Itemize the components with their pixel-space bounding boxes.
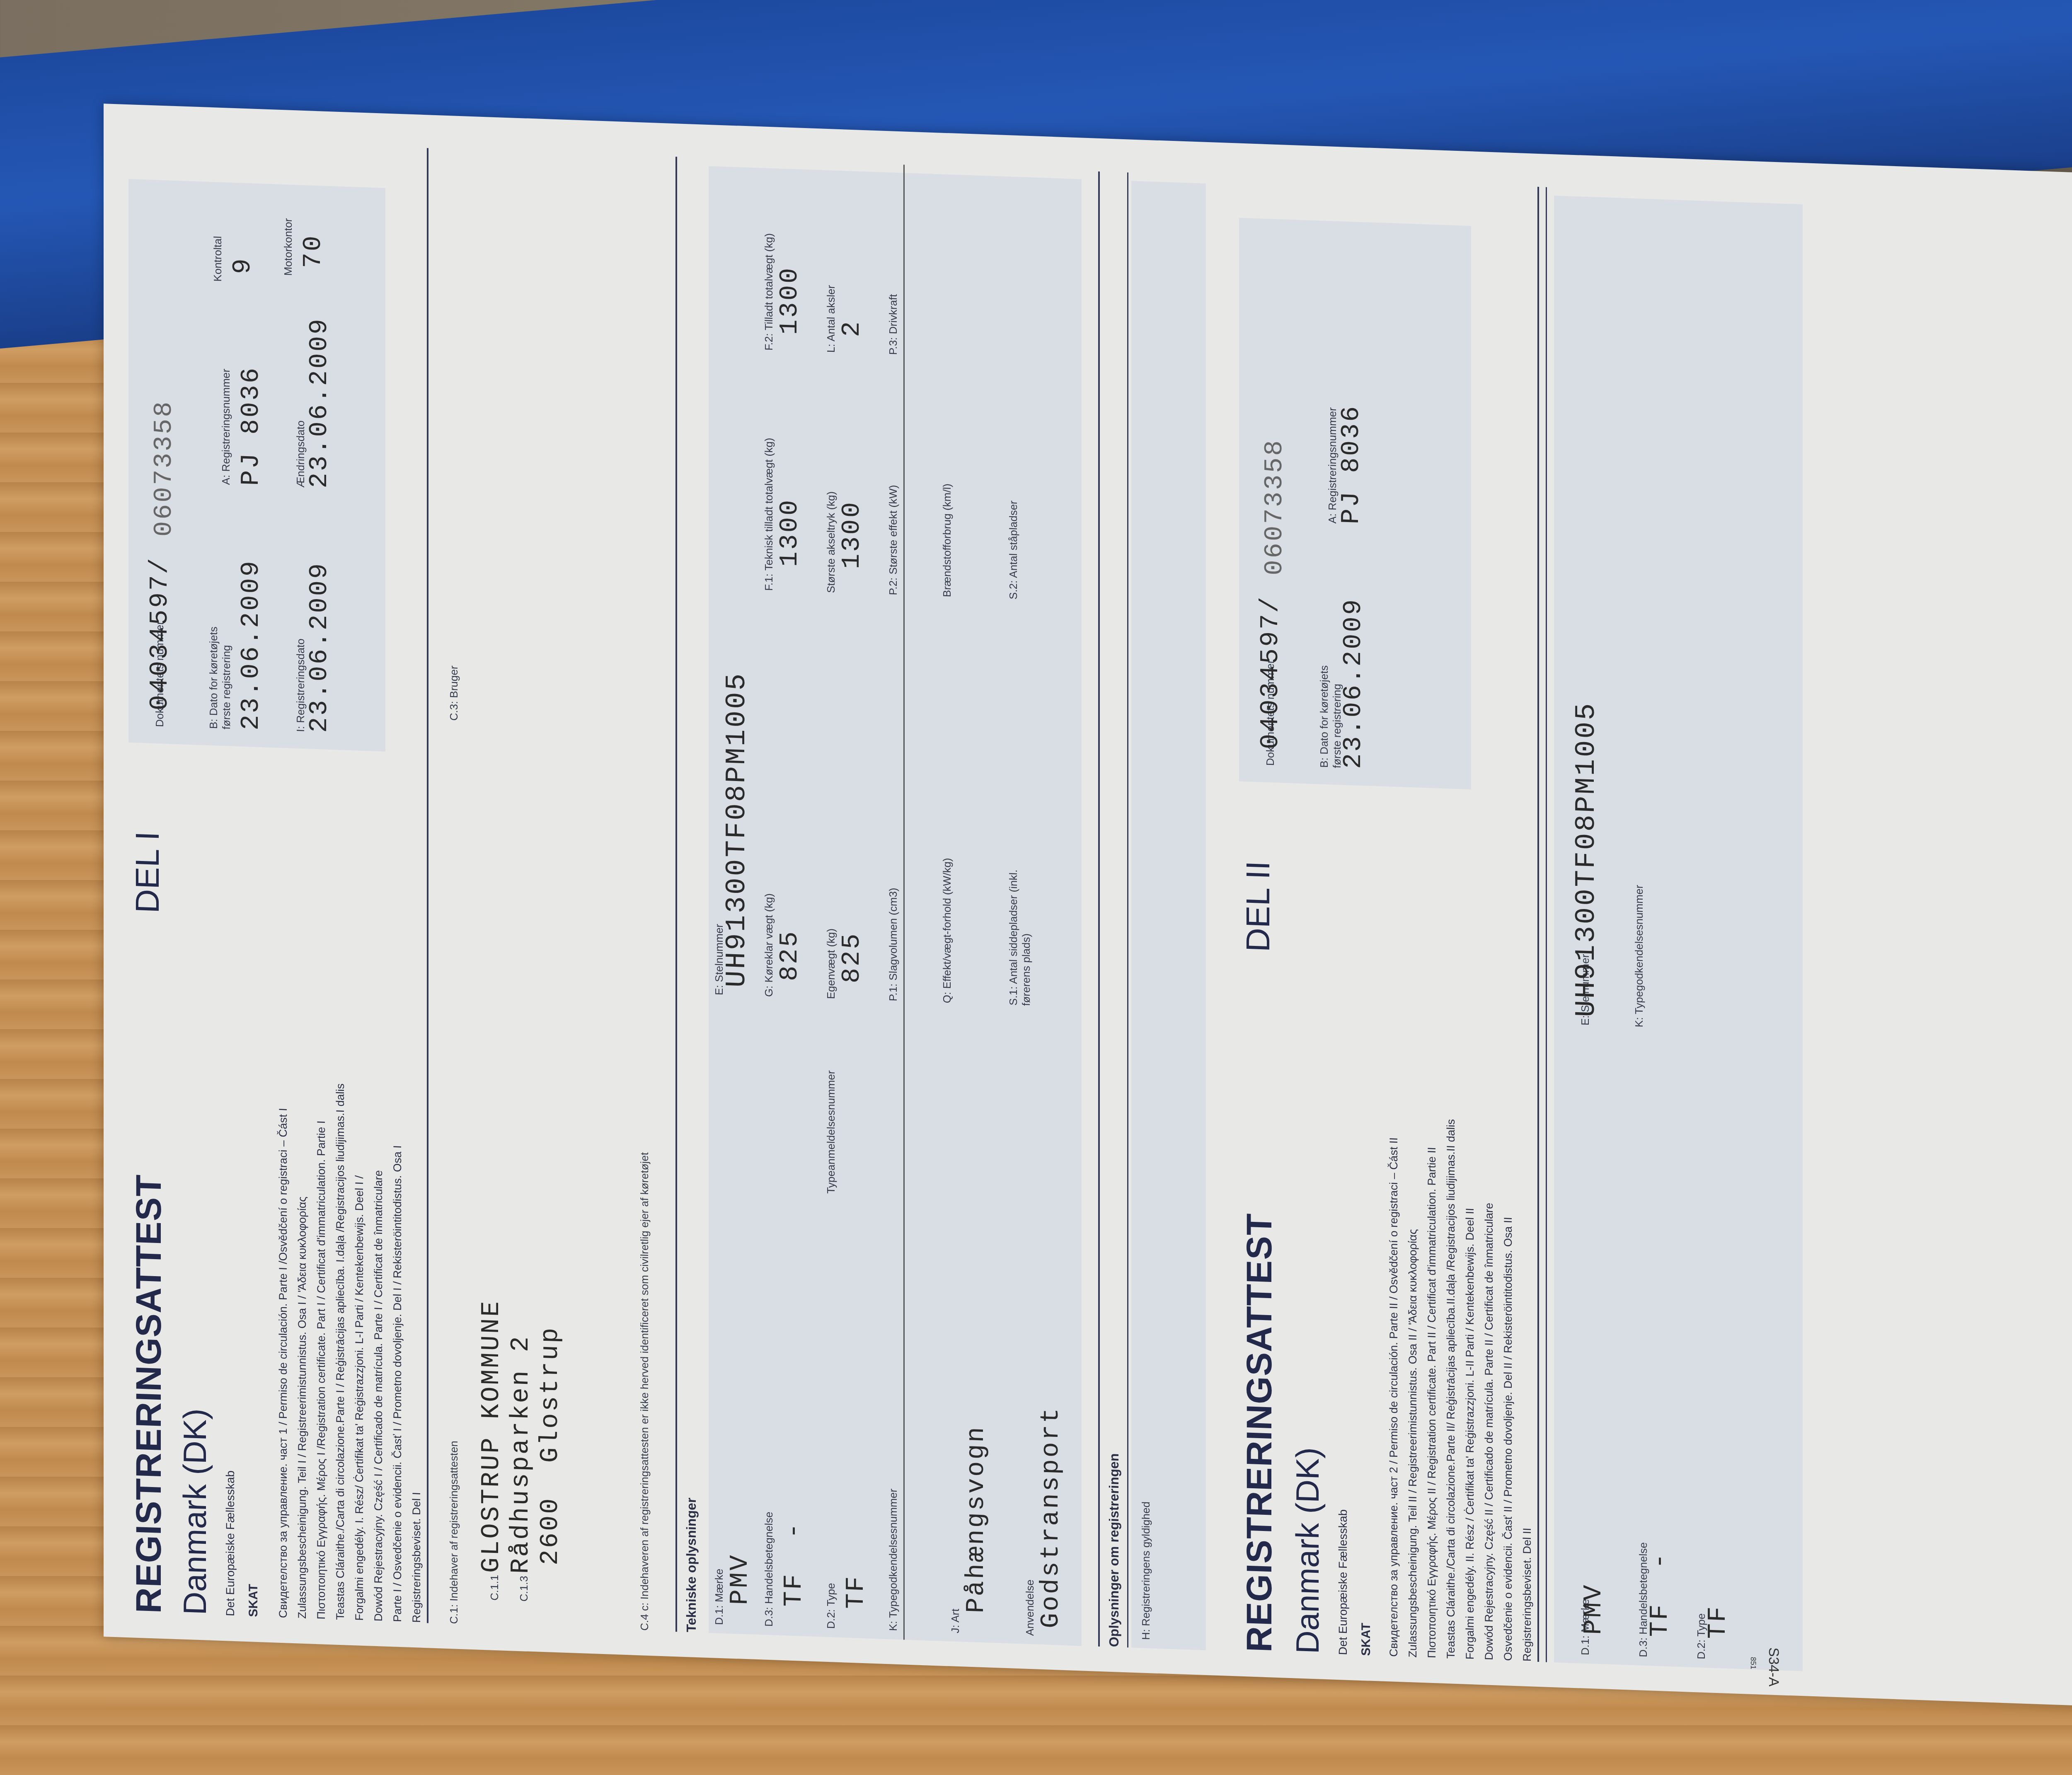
reg-shaded-box <box>1131 181 1206 1650</box>
del2-d3-value: TF - <box>1645 1551 1675 1638</box>
aksel-value: 1300 <box>837 500 867 569</box>
del2-e-value: UH91300TF08PM1005 <box>1571 701 1602 1018</box>
anv-label: Anvendelse <box>1024 1579 1036 1636</box>
del1-motorkontor: 70 <box>298 234 328 269</box>
print-code: 851 <box>1749 1657 1757 1670</box>
j-value: Påhængsvogn <box>961 1425 991 1614</box>
del1-motorkontor-label: Motorkontor <box>282 218 295 276</box>
reg-title: Oplysninger om registreringen <box>1106 1453 1122 1647</box>
del2-part: DEL II <box>1239 860 1277 953</box>
owner-block: C.1.1 GLOSTRUP KOMMUNE C.1.3 Rådhusparke… <box>477 1299 565 1603</box>
del2-d2-value: TF <box>1703 1604 1733 1640</box>
f1-value: 1300 <box>775 498 804 567</box>
del2-doc-number-2: 06073358 <box>1260 438 1289 576</box>
del1-divider-4 <box>1127 172 1128 1647</box>
del2-d1-value: PMV <box>1579 1583 1608 1635</box>
p1-label: P.1: Slagvolumen (cm3) <box>887 888 900 1001</box>
tech-title: Tekniske oplysninger <box>684 1497 699 1632</box>
c11-value: GLOSTRUP KOMMUNE <box>477 1299 506 1574</box>
del1-country: Danmark (DK) <box>176 1408 214 1616</box>
p2-label: P.2: Største effekt (kW) <box>887 485 900 595</box>
d3-label: D.3: Handelsbetegnelse <box>762 1511 775 1627</box>
d2-label: D.2: Type <box>825 1583 838 1629</box>
j-label: J: Art <box>949 1608 962 1633</box>
del1-a-label: A: Registreringsnummer <box>220 368 232 485</box>
del2-a-value: PJ 8036 <box>1336 404 1366 525</box>
paper-sheet: REGISTRERINGSATTEST DEL I Danmark (DK) D… <box>104 104 2072 1707</box>
e-value: UH91300TF08PM1005 <box>721 671 753 988</box>
del1-b-value: 23.06.2009 <box>236 559 266 731</box>
del2-country: Danmark (DK) <box>1289 1446 1326 1654</box>
del1-divider-1 <box>427 148 428 1623</box>
del1-community: Det Europæiske Fællesskab <box>224 1470 237 1616</box>
fuel-label: Brændstofforbrug (km/l) <box>941 483 954 597</box>
del1-doc-number: 04034597/ <box>145 556 174 711</box>
tech-divider <box>903 164 905 1640</box>
del1-divider-3 <box>1098 172 1100 1647</box>
f1-label: F.1: Teknisk tilladt totalvægt (kg) <box>762 438 775 591</box>
del1-title: REGISTRERINGSATTEST <box>128 1174 169 1614</box>
del1-b-label: B: Dato for køretøjets første registreri… <box>207 621 233 730</box>
c13-label: C.1.3 <box>518 1576 530 1602</box>
del2-divider-1 <box>1537 187 1539 1662</box>
d2-value: TF <box>841 1574 871 1610</box>
d3-value: TF - <box>779 1521 808 1608</box>
c1-label: C.1: Indehaver af registreringsattesten <box>448 1441 460 1624</box>
p3-label: P.3: Drivkraft <box>887 294 900 355</box>
del1-divider-2 <box>675 157 677 1632</box>
del1-i-value: 23.06.2009 <box>305 561 334 733</box>
g-value: 825 <box>775 929 804 982</box>
del2-doc-number: 04034597/ <box>1256 595 1285 750</box>
del1-multilingual: Свидетелство за управление. част 1 / Per… <box>274 1054 426 1623</box>
del1-a-value: PJ 8036 <box>236 366 266 486</box>
c11-label: C.1.1 <box>488 1574 501 1601</box>
c13-line1: Rådhusparken 2 <box>506 1334 535 1574</box>
del2-title: REGISTRERINGSATTEST <box>1239 1213 1280 1653</box>
c3-label: C.3: Bruger <box>448 665 460 721</box>
h-label: H: Registreringens gyldighed <box>1140 1501 1152 1640</box>
del1-kontroltal: 9 <box>228 256 257 275</box>
typeanm-label: Typeanmeldelsesnummer <box>825 1070 838 1194</box>
del1-aendring-value: 23.06.2009 <box>305 317 334 489</box>
d1-label: D.1: Mærke <box>713 1569 726 1625</box>
registration-certificate: REGISTRERINGSATTEST DEL I Danmark (DK) D… <box>104 104 2072 1707</box>
del2-community: Det Europæiske Fællesskab <box>1336 1509 1350 1655</box>
aksel-label: Største akseltryk (kg) <box>825 491 838 593</box>
c13-line2: 2600 Glostrup <box>535 1325 565 1565</box>
egen-value: 825 <box>837 931 867 984</box>
del2-k-label: K: Typegodkendelsesnummer <box>1633 885 1646 1028</box>
d1-value: PMV <box>725 1553 755 1606</box>
s2-label: S.2: Antal ståpladser <box>1007 501 1020 600</box>
k-label: K: Typegodkendelsesnummer <box>887 1489 900 1632</box>
del2-b-value: 23.06.2009 <box>1339 597 1368 769</box>
g-label: G: Køreklar vægt (kg) <box>762 893 775 997</box>
del1-kontroltal-label: Kontroltal <box>211 236 224 282</box>
egen-label: Egenvægt (kg) <box>825 928 838 999</box>
del2-divider-2 <box>1546 187 1547 1662</box>
f2-label: F.2: Tilladt totalvægt (kg) <box>762 233 775 351</box>
form-code: S34-A <box>1765 1647 1782 1687</box>
anv-value: Godstransport <box>1036 1406 1065 1629</box>
del1-authority: SKAT <box>247 1584 261 1618</box>
l-value: 2 <box>837 319 867 338</box>
del2-multilingual: Свидетелство за управление. част 2 / Per… <box>1384 1093 1537 1662</box>
del2-authority: SKAT <box>1359 1623 1373 1656</box>
l-label: L: Antal aksler <box>825 285 838 353</box>
c4-text: C.4 c: Indehaveren af registreringsattes… <box>638 1152 651 1631</box>
del1-part: DEL I <box>128 831 167 914</box>
q-label: Q: Effekt/vægt-forhold (kW/kg) <box>941 858 954 1004</box>
del1-doc-number-2: 06073358 <box>149 399 179 537</box>
f2-value: 1300 <box>775 266 804 335</box>
s1-label: S.1: Antal siddepladser (inkl. førerens … <box>1007 864 1033 1006</box>
